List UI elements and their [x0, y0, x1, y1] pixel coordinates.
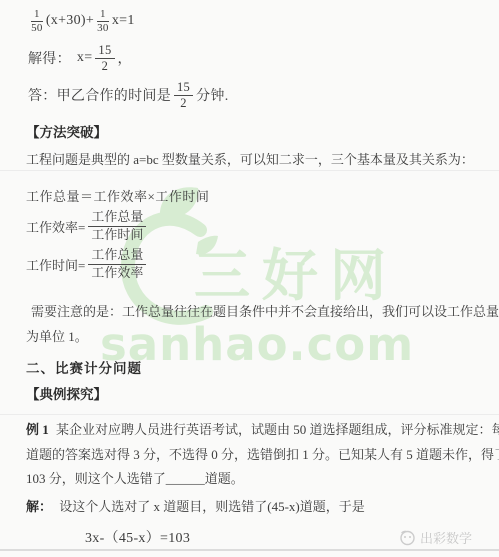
divider [0, 170, 499, 171]
example-heading: 【典例探究】 [26, 383, 107, 403]
solve-line: 解得： x= 15 2 ， [28, 41, 132, 75]
method-intro: 工程问题是典型的 a=bc 型数量关系，可以知二求一，三个基本量及其关系为： [26, 149, 474, 168]
fraction: 15 2 [95, 43, 114, 73]
fraction: 1 50 [31, 8, 43, 34]
document-page: 三好网 sanhao.com 1 50 (x+30)+ 1 30 x=1 解得：… [0, 0, 499, 557]
method-heading: 【方法突破】 [26, 121, 107, 141]
fraction: 1 30 [97, 8, 109, 34]
brand-icon [399, 529, 416, 546]
section2-heading: 二、比赛计分问题 [26, 357, 142, 377]
fraction: 工作总量 工作时间 [88, 209, 146, 243]
note-line-2: 为单位 1。 [26, 326, 88, 345]
answer-line: 答：甲乙合作的时间是 15 2 分钟. [28, 77, 229, 113]
divider [0, 549, 499, 551]
example-label: 例 1 [26, 422, 49, 437]
fraction: 15 2 [174, 80, 193, 110]
content-layer: 1 50 (x+30)+ 1 30 x=1 解得： x= 15 2 ， 答：甲乙… [0, 0, 499, 557]
footer-brand: 出彩数学 [399, 528, 472, 547]
brand-name: 出彩数学 [420, 528, 472, 547]
equation-1: 1 50 (x+30)+ 1 30 x=1 [28, 5, 135, 37]
formula-total: 工作总量＝工作效率×工作时间 [26, 186, 209, 205]
solution-label: 解： [26, 499, 52, 514]
fraction: 工作总量 工作效率 [88, 247, 146, 281]
example-line-3: 103 分，则这个人选错了______道题。 [26, 468, 244, 487]
note-line-1: 需要注意的是：工作总量往往在题目条件中并不会直接给出，我们可以设工作总量 [31, 301, 499, 320]
divider [0, 414, 499, 415]
equation-2: 3x-（45-x）=103 [85, 527, 190, 547]
example-line-2: 道题的答案选对得 3 分，不选得 0 分，选错倒扣 1 分。已知某人有 5 道题… [26, 444, 499, 463]
example-line-1: 例 1 某企业对应聘人员进行英语考试，试题由 50 道选择题组成，评分标准规定：… [26, 419, 499, 438]
formula-rate: 工作效率= 工作总量 工作时间 [26, 208, 149, 244]
formula-time: 工作时间= 工作总量 工作效率 [26, 246, 149, 282]
solution-line: 解： 设这个人选对了 x 道题目，则选错了(45-x)道题，于是 [26, 496, 365, 515]
